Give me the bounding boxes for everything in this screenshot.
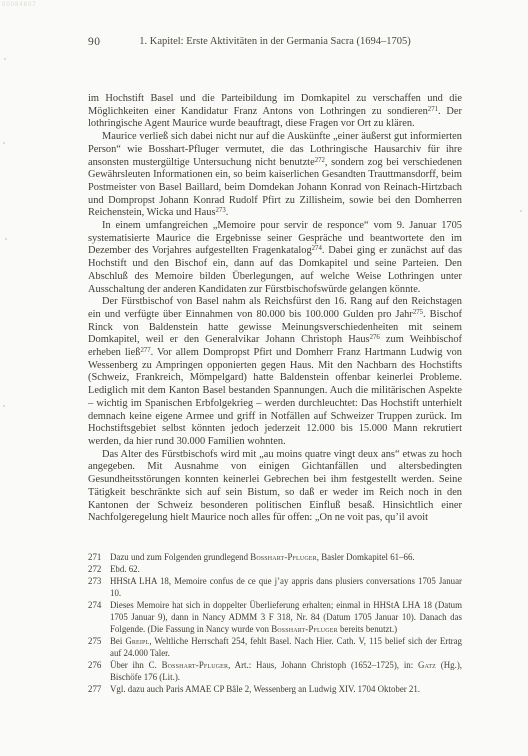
body-paragraph: In einem umfangreichen „Memoire pour ser…	[88, 220, 462, 296]
body-paragraph: im Hochstift Basel und die Parteibildung…	[88, 93, 462, 131]
footnote: 274Dieses Memoire hat sich in doppelter …	[88, 599, 462, 635]
footnote: 272Ebd. 62.	[88, 563, 462, 575]
body-paragraph: Maurice verließ sich dabei nicht nur auf…	[88, 131, 462, 220]
footnote-number: 276	[88, 659, 110, 683]
page-number: 90	[88, 36, 101, 48]
footnote-number: 273	[88, 575, 110, 599]
small-caps-name: Bosshart-Pfluger	[271, 624, 338, 634]
footnote-text: Ebd. 62.	[110, 563, 462, 575]
scan-noise-speck	[3, 142, 5, 144]
footnote-ref: 272	[315, 157, 325, 164]
footnote-text: HHStA LHA 18, Memoire confus de ce que j…	[110, 575, 462, 599]
footnotes-section: 271Dazu und zum Folgenden grundlegend Bo…	[88, 551, 462, 695]
footnote-ref: 277	[140, 347, 150, 354]
body-paragraph: Der Fürstbischof von Basel nahm als Reic…	[88, 296, 462, 448]
book-page: 00084807 90 1. Kapitel: Erste Aktivitäte…	[0, 0, 528, 756]
chapter-title: 1. Kapitel: Erste Aktivitäten in der Ger…	[88, 36, 462, 47]
footnote-number: 275	[88, 635, 110, 659]
footnote-text: Vgl. dazu auch Paris AMAE CP Bâle 2, Wes…	[110, 683, 462, 695]
scan-noise-speck	[3, 405, 5, 407]
footnote-ref: 276	[370, 334, 380, 341]
scan-noise-speck	[4, 58, 6, 60]
scan-watermark: 00084807	[2, 2, 37, 8]
footnote-text: Bei Greipl, Weltliche Herrschaft 254, fe…	[110, 635, 462, 659]
footnote-number: 271	[88, 551, 110, 563]
body-paragraph: Das Alter des Fürstbischofs wird mit „au…	[88, 449, 462, 525]
footnote-text: Über ihn C. Bosshart-Pfluger, Art.: Haus…	[110, 659, 462, 683]
footnote: 277Vgl. dazu auch Paris AMAE CP Bâle 2, …	[88, 683, 462, 695]
footnote-number: 272	[88, 563, 110, 575]
footnote-text: Dazu und zum Folgenden grundlegend Bossh…	[110, 551, 462, 563]
footnote-ref: 271	[428, 106, 438, 113]
footnote: 273HHStA LHA 18, Memoire confus de ce qu…	[88, 575, 462, 599]
footnote-text: Dieses Memoire hat sich in doppelter Übe…	[110, 599, 462, 635]
scan-noise-speck	[5, 238, 7, 240]
small-caps-name: Gatz	[418, 660, 436, 670]
footnote-ref: 274	[312, 245, 322, 252]
footnote-ref: 275	[413, 309, 423, 316]
footnote: 275Bei Greipl, Weltliche Herrschaft 254,…	[88, 635, 462, 659]
small-caps-name: Bosshart-Pfluger	[250, 552, 317, 562]
main-text: im Hochstift Basel und die Parteibildung…	[88, 93, 462, 525]
footnote-number: 274	[88, 599, 110, 635]
footnote: 271Dazu und zum Folgenden grundlegend Bo…	[88, 551, 462, 563]
page-header: 90 1. Kapitel: Erste Aktivitäten in der …	[88, 36, 462, 47]
small-caps-name: Greipl	[125, 636, 149, 646]
footnote-ref: 273	[216, 207, 226, 214]
footnote-number: 277	[88, 683, 110, 695]
scan-noise-speck	[520, 210, 522, 212]
footnote: 276Über ihn C. Bosshart-Pfluger, Art.: H…	[88, 659, 462, 683]
small-caps-name: Bosshart-Pfluger	[162, 660, 229, 670]
